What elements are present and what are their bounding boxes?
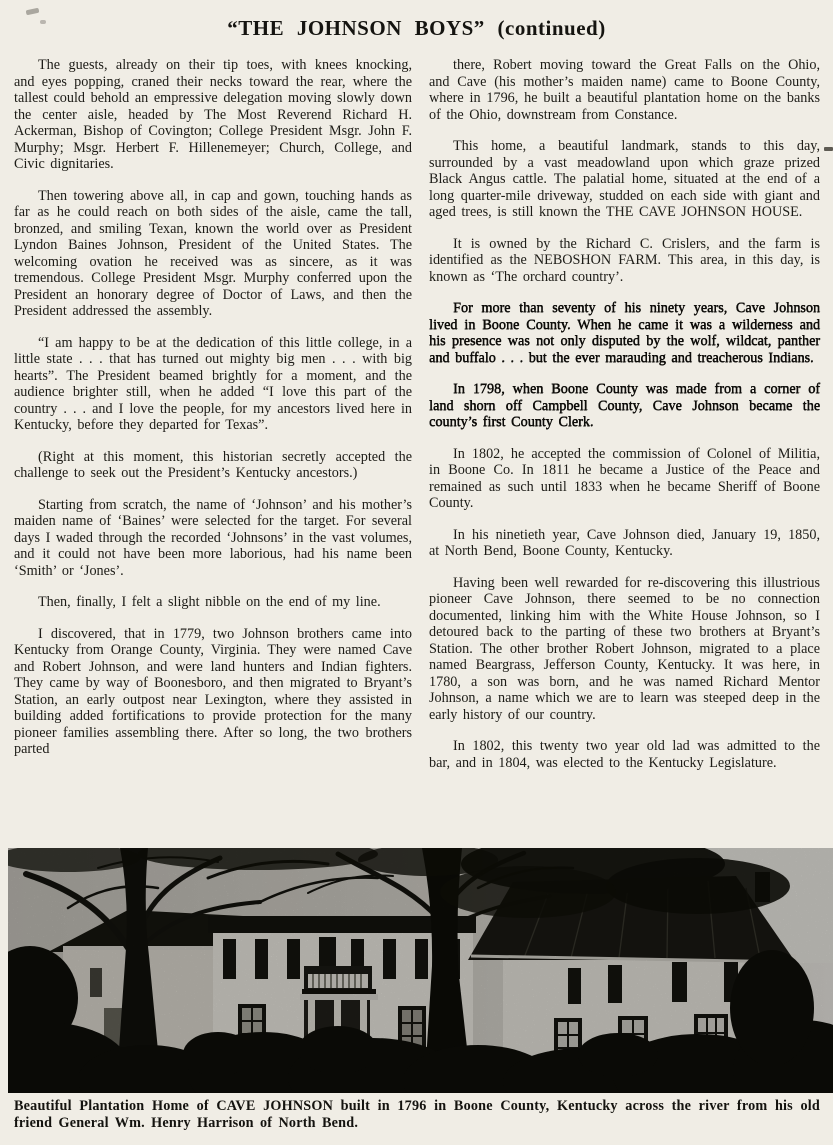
paragraph: there, Robert moving toward the Great Fa…: [429, 57, 820, 123]
plantation-house-photo: [8, 848, 833, 1093]
paragraph: Having been well rewarded for re-discove…: [429, 575, 820, 724]
paragraph: (Right at this moment, this historian se…: [14, 449, 412, 482]
photo-caption: Beautiful Plantation Home of CAVE JOHNSO…: [14, 1098, 820, 1132]
right-column: there, Robert moving toward the Great Fa…: [429, 57, 820, 786]
left-column: The guests, already on their tip toes, w…: [14, 57, 412, 786]
paragraph: Then, finally, I felt a slight nibble on…: [14, 594, 412, 611]
paragraph: In his ninetieth year, Cave Johnson died…: [429, 527, 820, 560]
paragraph: I discovered, that in 1779, two Johnson …: [14, 626, 412, 758]
paragraph: In 1798, when Boone County was made from…: [429, 381, 820, 431]
paragraph: Starting from scratch, the name of ‘John…: [14, 497, 412, 580]
scan-speck: [26, 8, 40, 16]
page-title: “THE JOHNSON BOYS” (continued): [0, 16, 833, 41]
paragraph: For more than seventy of his ninety year…: [429, 300, 820, 366]
two-column-text: The guests, already on their tip toes, w…: [14, 57, 820, 786]
paragraph: The guests, already on their tip toes, w…: [14, 57, 412, 173]
paragraph: It is owned by the Richard C. Crislers, …: [429, 236, 820, 286]
plantation-house-illustration: [8, 848, 833, 1093]
paragraph: In 1802, he accepted the commission of C…: [429, 446, 820, 512]
paragraph: In 1802, this twenty two year old lad wa…: [429, 738, 820, 771]
paragraph: Then towering above all, in cap and gown…: [14, 188, 412, 320]
paragraph: “I am happy to be at the dedication of t…: [14, 335, 412, 434]
paragraph: This home, a beautiful landmark, stands …: [429, 138, 820, 221]
scanned-book-page: “THE JOHNSON BOYS” (continued) The guest…: [0, 0, 833, 1145]
scan-speck: [824, 147, 833, 151]
